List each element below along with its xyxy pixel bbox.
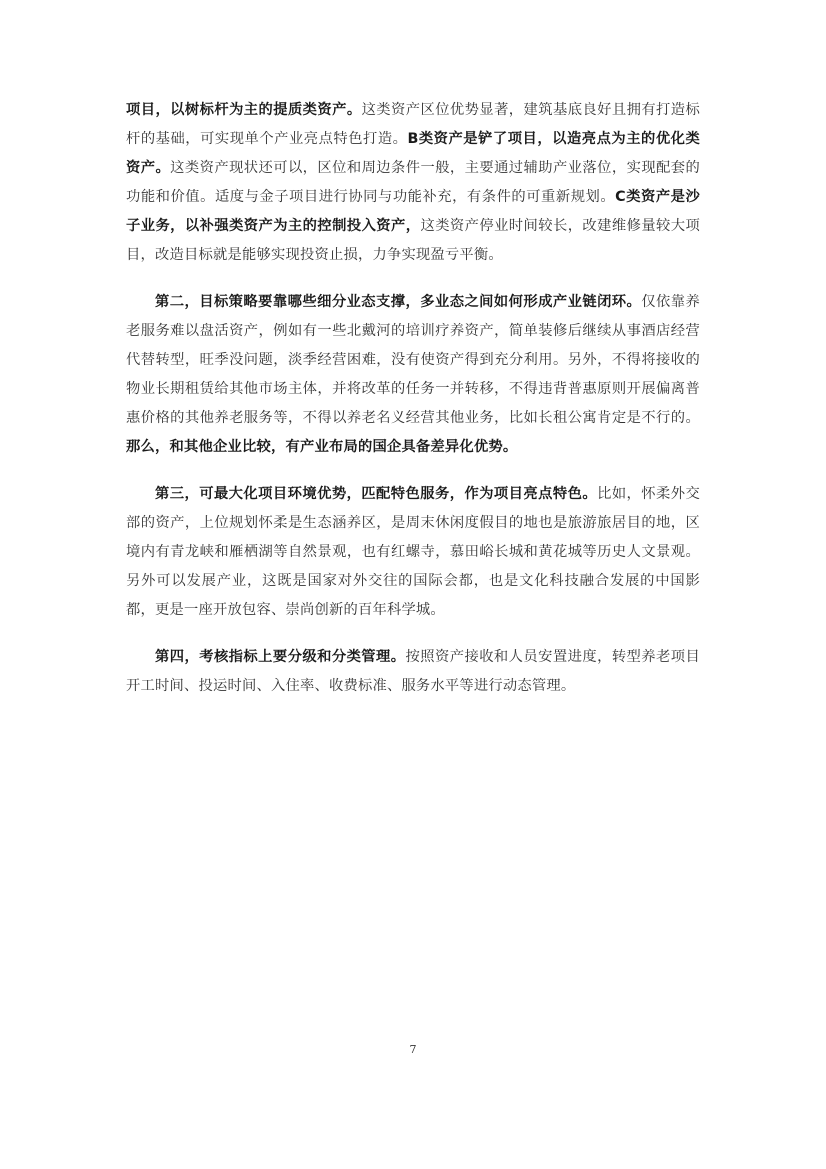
text-run: 比如，怀柔外交部的资产，上位规划怀柔是生态涵养区，是周末休闲度假目的地也是旅游旅… [126,486,700,618]
text-run: 这类资产现状还可以，区位和周边条件一般，主要通过辅助产业落位，实现配套的功能和价… [126,160,700,205]
page-number: 7 [0,1043,826,1056]
paragraph-second: 第二，目标策略要靠哪些细分业态支撑，多业态之间如何形成产业链闭环。仅依靠养老服务… [126,288,700,462]
paragraph-third: 第三，可最大化项目环境优势，匹配特色服务，作为项目亮点特色。比如，怀柔外交部的资… [126,480,700,625]
bold-run: 那么，和其他企业比较，有产业布局的国企具备差异化优势。 [126,439,517,455]
text-run: 仅依靠养老服务难以盘活资产，例如有一些北戴河的培训疗养资产，简单装修后继续从事酒… [126,294,700,426]
bold-run: 第三，可最大化项目环境优势，匹配特色服务，作为项目亮点特色。 [155,486,597,502]
bold-run: 项目，以树标杆为主的提质类资产。 [126,102,362,118]
bold-run: 第二，目标策略要靠哪些细分业态支撑，多业态之间如何形成产业链闭环。 [155,294,641,310]
paragraph-asset-classes: 项目，以树标杆为主的提质类资产。这类资产区位优势显著，建筑基底良好且拥有打造标杆… [126,96,700,270]
bold-run: 第四，考核指标上要分级和分类管理。 [155,649,406,665]
paragraph-fourth: 第四，考核指标上要分级和分类管理。按照资产接收和人员安置进度，转型养老项目开工时… [126,643,700,701]
document-page: 项目，以树标杆为主的提质类资产。这类资产区位优势显著，建筑基底良好且拥有打造标杆… [126,96,700,701]
